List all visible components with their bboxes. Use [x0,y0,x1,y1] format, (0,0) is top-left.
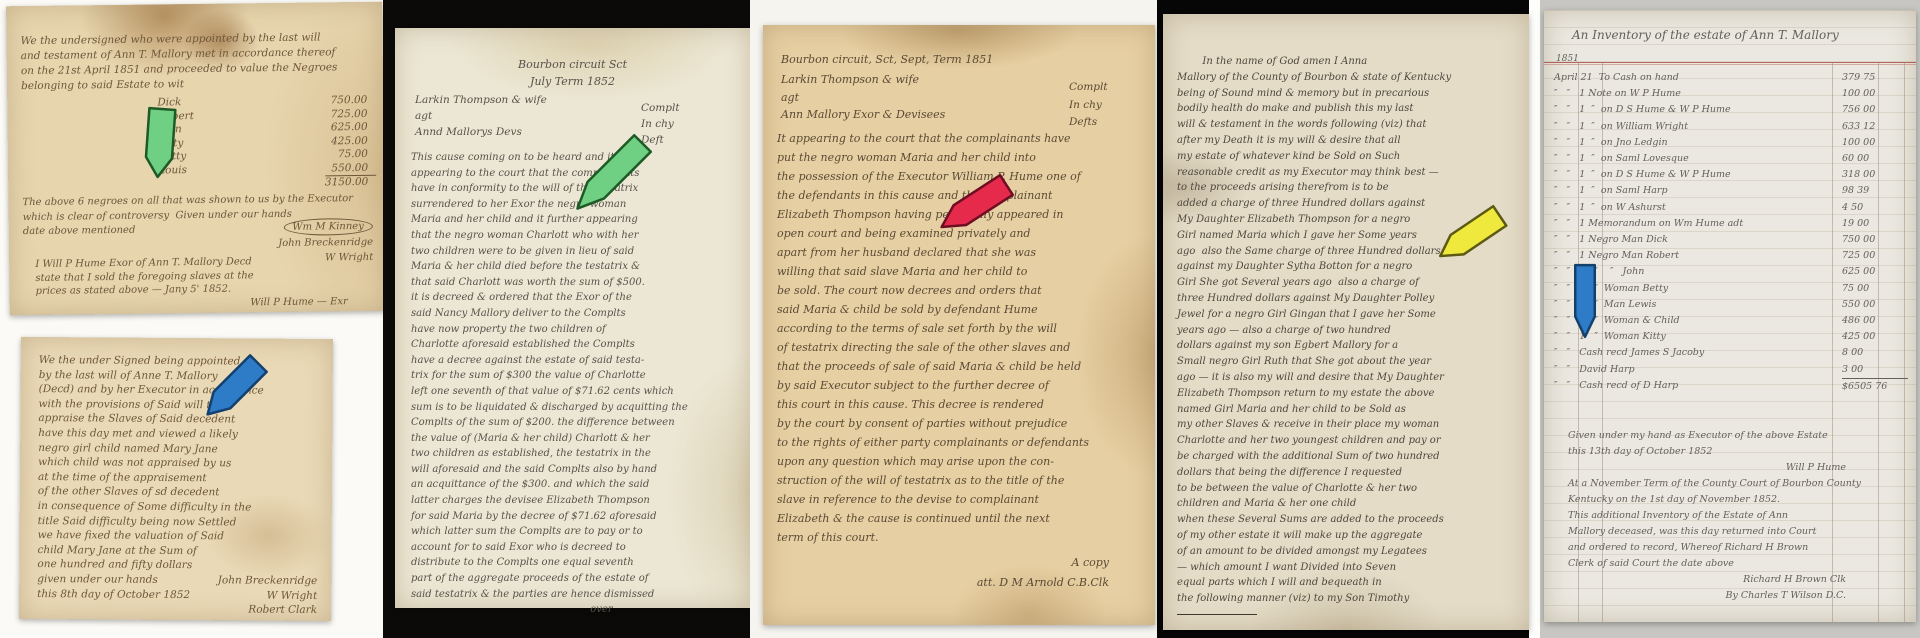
text-line: Small negro Girl Ruth that She got about… [1177,354,1519,370]
document-collage: We the undersigned who were appointed by… [0,0,1920,638]
text-line-right: Robert Clark [248,603,321,618]
text-line-right: 756 00 [1842,102,1908,118]
text-line-right [1846,428,1906,444]
text-line: date above mentioned [23,222,294,240]
text-line-right [347,267,377,281]
text-line-right [1846,508,1906,524]
text-line: ″ ″ 1 ″ Woman Kitty425 00 [1554,329,1908,345]
text-line: 3150.00 [8,175,376,194]
text-line-left: ″ ″ 1 ″ on D S Hume & W P Hume [1554,167,1731,183]
text-line: belonging to said Estate to wit [21,75,373,94]
text-line: sum is to be liquidated & discharged by … [411,400,742,416]
text-line: term of this court. [777,528,1147,547]
text-line: two children as established, the testatr… [411,446,742,462]
text-line-right: 725.00 [331,107,376,121]
text-line: Larkin Thompson & wife [415,92,547,108]
text-line: that said Charlott was worth the sum of … [411,275,742,291]
text-line: this court in this cause. This decree is… [777,395,1147,414]
text-line: upon any question which may arise upon t… [777,452,1147,471]
text-line: be sold. The court now decrees and order… [777,281,1147,300]
text-line-right: 98 39 [1842,183,1908,199]
text-line: according to the terms of sale set forth… [777,319,1147,338]
text-line: Clerk of said Court the date above [1568,556,1906,572]
text-line: Maria and her child and it further appea… [411,212,742,228]
arrow-shape [145,108,176,178]
text-line-right [1846,524,1906,540]
text-line-left: This additional Inventory of the Estate … [1568,508,1788,524]
text-line-right: 75 00 [1842,281,1908,297]
text-line-left: and ordered to record, Whereof Richard H… [1568,540,1808,556]
text-line: bodily health do make and publish this m… [1177,101,1519,117]
doc-d-will-text: In the name of God amen I AnnaMallory of… [1177,54,1519,623]
doc-a1-opening: We the undersigned who were appointed by… [20,30,373,94]
text-line: ″ ″ 1 Memorandum on Wm Hume adt19 00 [1554,216,1908,232]
text-line-right: W Wright [267,588,322,603]
doc-e-certification: Given under my hand as Executor of the a… [1568,428,1906,604]
text-line-left: ″ ″ Cash recd James S Jacoby [1554,345,1704,361]
text-line: agt [415,108,547,124]
marker-arrow-green-valuation-list [137,105,182,182]
text-line: apart from her husband declared that she… [777,243,1147,262]
doc-c-court-header: Bourbon circuit, Sct, Sept, Term 1851 [781,53,1145,66]
text-line: It appearing to the court that the compl… [777,129,1147,148]
doc-b-parties: Larkin Thompson & wifeagtAnnd Mallorys D… [415,92,547,140]
text-line-right: 4 50 [1842,200,1908,216]
text-line: years ago — also a charge of two hundred [1177,323,1519,339]
text-line-right: 625 00 [1842,264,1908,280]
photo-panel-1: We the undersigned who were appointed by… [0,0,383,638]
document-court-decree-july-1852: Bourbon circuit SctJuly Term 1852 Larkin… [395,28,750,608]
text-line: added a charge of three Hundred dollars … [1177,196,1519,212]
text-line-right: 750 00 [1842,232,1908,248]
doc-c-parties: Larkin Thompson & wifeagtAnn Mallory Exo… [781,71,945,124]
text-line: when these Several Sums are added to the… [1177,512,1519,528]
text-line-left: ″ ″ 1 ″ on Jno Ledgin [1554,135,1668,151]
doc-a2-text: We the under Signed being appointedby th… [37,353,323,618]
text-line-left: Mallory deceased, was this day returned … [1568,524,1816,540]
text-line: Larkin Thompson & wife [781,71,945,89]
text-line: and ordered to record, Whereof Richard H… [1568,540,1906,556]
text-line: ″ ″ Cash recd James S Jacoby8 00 [1554,345,1908,361]
text-line: In chy [641,116,680,132]
text-line-right [1846,492,1906,508]
text-line-right: 100 00 [1842,135,1908,151]
document-court-decree-sept-1851: Bourbon circuit, Sct, Sept, Term 1851 La… [763,25,1155,625]
text-line: which latter sum the Complts are to pay … [411,524,742,540]
text-line: an acquittance of the $300. and which th… [411,477,742,493]
text-line: account for to said Exor who is decreed … [411,540,742,556]
text-line: Elizabeth & the cause is continued until… [777,509,1147,528]
text-line: that the proceeds of sale of said Maria … [777,357,1147,376]
text-line: two children were to be given in lieu of… [411,244,742,260]
doc-e-inventory-rows: April 21 To Cash on hand379 75″ ″ 1 Note… [1554,70,1908,395]
text-line: Complt [641,100,680,116]
text-line: Robert Clark [37,601,321,618]
text-line: part of the aggregate proceeds of the es… [411,571,742,587]
text-line: ″ ″ 1 ″ Woman & Child486 00 [1554,313,1908,329]
text-line: This additional Inventory of the Estate … [1568,508,1906,524]
text-line: latter charges the devisee Elizabeth Tho… [411,493,742,509]
text-line: ″ ″ 1 ″ Man Lewis550 00 [1554,297,1908,313]
text-line: Annd Mallorys Devs [415,124,547,140]
text-line-left: Kentucky on the 1st day of November 1852… [1568,492,1780,508]
text-line-right: att. D M Arnold C.B.Clk [977,573,1109,593]
text-line: ″ ″ 1 ″ on Saml Lovesque60 00 [1554,151,1908,167]
text-line: ″ ″ Cash recd of D Harp$6505 76 [1554,378,1908,395]
text-line: Mallory of the County of Bourbon & state… [1177,70,1519,86]
text-line: att. D M Arnold C.B.Clk [977,573,1109,593]
text-line: dollars against my son Egbert Mallory fo… [1177,338,1519,354]
arrow-shape [1575,265,1595,337]
document-mary-jane-appraisal-1852: We the under Signed being appointedby th… [19,337,333,621]
text-line-right: Will P Hume — Exr [250,294,378,309]
text-line-right [1846,540,1906,556]
text-line-right: 318 00 [1842,167,1908,183]
text-line-right: Will P Hume [1786,460,1906,476]
text-line: At a November Term of the County Court o… [1568,476,1906,492]
doc-a1-executor-note: I Will P Hume Exor of Ann T. Mallory Dec… [35,254,378,312]
text-line: Wm M Kinney [283,218,373,236]
text-line-right [348,281,378,295]
text-line: for said Maria by the decree of $71.62 a… [411,509,742,525]
text-line-right: 3 00 [1842,362,1908,378]
text-line: said Nancy Mallory deliver to the Complt… [411,306,742,322]
text-line: by the court by consent of parties witho… [777,414,1147,433]
text-line-right: 486 00 [1842,313,1908,329]
doc-b-party-labels: CompltIn chyDeft [641,100,680,148]
text-line-left: this 8th day of October 1852 [37,587,190,603]
text-line: willing that said slave Maria and her ch… [777,262,1147,281]
text-line: Will P Hume [1568,460,1906,476]
document-slave-valuation-1851: We the undersigned who were appointed by… [6,2,386,316]
text-line: my other Slaves & receive in their place… [1177,417,1519,433]
text-line: against my Daughter Sytha Botton for a n… [1177,259,1519,275]
text-line-left: given under our hands [37,572,158,587]
text-line: left one seventh of that value of $71.62… [411,384,742,400]
text-line: to the proceeds arising therefrom is to … [1177,180,1519,196]
text-line: In chy [1069,97,1108,115]
text-line-right: 550 00 [1842,297,1908,313]
text-line: Girl She got Several years ago also a ch… [1177,275,1519,291]
text-line: have now property the two children of [411,322,742,338]
text-line: of my other estate it will make up the a… [1177,528,1519,544]
text-line: Charlotte and her two youngest children … [1177,433,1519,449]
text-line-left: ″ ″ Cash recd of D Harp [1554,378,1678,395]
text-line: Ann Mallory Exor & Devisees [781,106,945,124]
text-line-left: ″ ″ 1 Memorandum on Wm Hume adt [1554,216,1743,232]
text-line-right: John Breckenridge [218,573,322,588]
text-line: ″ ″ 1 ″ on W Ashurst4 50 [1554,200,1908,216]
text-line-left: ″ ″ David Harp [1554,362,1635,378]
text-line: of testatrix directing the sale of the o… [777,338,1147,357]
text-line: children and Maria & her one child [1177,496,1519,512]
photo-panel-4: In the name of God amen I AnnaMallory of… [1157,0,1529,638]
text-line: this 8th day of October 1852W Wright [37,587,321,604]
text-line: Mallory deceased, was this day returned … [1568,524,1906,540]
text-line: ″ ″ 1 Negro Man Robert725 00 [1554,248,1908,264]
text-line: agt [781,89,945,107]
text-line-right: 3150.00 [325,175,377,190]
text-line-right: 100 00 [1842,86,1908,102]
text-line-right: 8 00 [1842,345,1908,361]
text-line: This cause coming on to be heard and it [411,150,742,166]
text-line: be charged with the additional Sum of tw… [1177,449,1519,465]
text-line: Bourbon circuit Sct [395,56,750,73]
doc-a1-valuation-list: Dick750.00Robert725.00John625.00Kitty425… [7,94,376,194]
text-line: named Girl Maria and her child to be Sol… [1177,402,1519,418]
text-line-left: this 13th day of October 1852 [1568,444,1712,460]
doc-c-closing: A copyatt. D M Arnold C.B.Clk [977,553,1109,593]
text-line: ago — it is also my will and desire that… [1177,370,1519,386]
text-line: July Term 1852 [395,73,750,90]
text-line-right: 625.00 [331,121,376,135]
text-line-right [347,254,377,268]
text-line-right: 60 00 [1842,151,1908,167]
text-line: A copy [977,553,1109,573]
text-line-right: 75.00 [338,148,376,162]
text-line: struction of the will of testatrix as to… [777,471,1147,490]
text-line-left: April 21 To Cash on hand [1554,70,1679,86]
text-line: of an amount to be divided amongst my Le… [1177,544,1519,560]
text-line: ″ ″ David Harp3 00 [1554,362,1908,378]
text-line-left: Clerk of said Court the date above [1568,556,1734,572]
text-line-right: Richard H Brown Clk [1743,572,1906,588]
text-line: Jewel for a negro Girl Gingan that I gav… [1177,307,1519,323]
text-line: reasonable credit as my Executor may thi… [1177,165,1519,181]
text-line: the following manner (viz) to my Son Tim… [1177,591,1519,607]
text-line: the value of (Maria & her child) Charlot… [411,431,742,447]
text-line: ″ ″ 1 ″ Woman Betty75 00 [1554,281,1908,297]
marker-arrow-blue-inventory [1570,262,1600,340]
text-line: it is decreed & ordered that the Exor of… [411,290,742,306]
text-line: — which amount I want Divided into Seven [1177,560,1519,576]
text-line: ″ ″ 1 ″ on D S Hume & W P Hume756 00 [1554,102,1908,118]
text-line-right: A copy [1072,553,1109,573]
doc-b-decree-text: This cause coming on to be heard and ita… [411,150,742,602]
text-line: By Charles T Wilson D.C. [1568,588,1906,604]
doc-e-title: An Inventory of the estate of Ann T. Mal… [1572,28,1908,42]
text-line-right: $6505 76 [1842,378,1908,395]
text-line-right [1846,444,1906,460]
text-line: to be between the value of Charlotte & h… [1177,481,1519,497]
text-line: said testatrix & the parties are hence d… [411,587,742,603]
text-line: said Maria & child be sold by defendant … [777,300,1147,319]
text-line: April 21 To Cash on hand379 75 [1554,70,1908,86]
text-line: Given under my hand as Executor of the a… [1568,428,1906,444]
text-line-left: ″ ″ 1 ″ on William Wright [1554,119,1688,135]
text-line: after my Death it is my will & desire th… [1177,133,1519,149]
text-line-left: ″ ″ 1 ″ on W Ashurst [1554,200,1666,216]
text-line: ″ ″ 1 ″ on D S Hume & W P Hume318 00 [1554,167,1908,183]
text-line: Kentucky on the 1st day of November 1852… [1568,492,1906,508]
text-line: appearing to the court that the complain… [411,166,742,182]
text-line: In the name of God amen I Anna [1177,54,1519,70]
text-line: ″ ″ 1 ″ ″ John625 00 [1554,264,1908,280]
text-line: Maria & her child died before the testat… [411,259,742,275]
text-line: Elizabeth Thompson return to my estate t… [1177,386,1519,402]
title-rule [1544,62,1916,63]
text-line: ″ ″ 1 ″ on Jno Ledgin100 00 [1554,135,1908,151]
doc-b-over-note: over [590,604,612,615]
text-line: have a decree against the estate of said… [411,353,742,369]
text-line: being of Sound mind & memory but in prec… [1177,86,1519,102]
text-line: my estate of whatever kind be Sold on Su… [1177,149,1519,165]
text-line: distribute to the Complts one equal seve… [411,555,742,571]
text-line: ———————— [1177,607,1519,623]
text-line-right: 425 00 [1842,329,1908,345]
photo-panel-3: Bourbon circuit, Sct, Sept, Term 1851 La… [750,0,1157,638]
text-line: ″ ″ 1 Negro Man Dick750 00 [1554,232,1908,248]
text-line: put the negro woman Maria and her child … [777,148,1147,167]
doc-b-court-header: Bourbon circuit SctJuly Term 1852 [395,56,750,90]
text-line: three Hundred dollars against My Daughte… [1177,291,1519,307]
text-line: equal parts which I will and bequeath in [1177,575,1519,591]
text-line-left: ″ ″ 1 ″ on Saml Lovesque [1554,151,1689,167]
text-line-right: 750.00 [330,94,375,108]
text-line-left: prices as stated above — Jany 5' 1852. [36,283,232,299]
text-line-left [8,177,158,193]
text-line-right: 633 12 [1842,119,1908,135]
text-line-right: By Charles T Wilson D.C. [1725,588,1906,604]
text-line-right: 19 00 [1842,216,1908,232]
text-line: Complts of the sum of $200. the differen… [411,415,742,431]
text-line-left: ″ ″ 1 ″ on D S Hume & W P Hume [1554,102,1731,118]
text-line-left: ″ ″ 1 Negro Man Dick [1554,232,1668,248]
text-line: dollars that being the difference I requ… [1177,465,1519,481]
text-line: trix for the sum of $300 the value of Ch… [411,368,742,384]
text-line: to the rights of either party complainan… [777,433,1147,452]
text-line: ″ ″ 1 ″ on Saml Harp98 39 [1554,183,1908,199]
text-line: Charlotte aforesaid established the Comp… [411,337,742,353]
text-line: Complt [1069,79,1108,97]
text-line-left: At a November Term of the County Court o… [1568,476,1861,492]
text-line-right [1846,556,1906,572]
text-line-left: ″ ″ 1 ″ on Saml Harp [1554,183,1668,199]
doc-c-party-labels: CompltIn chyDefts [1069,79,1108,132]
text-line: will & testament in the words following … [1177,117,1519,133]
text-line: the possession of the Executor William P… [777,167,1147,186]
text-line-left: Given under my hand as Executor of the a… [1568,428,1828,444]
text-line-left: ″ ″ 1 Note on W P Hume [1554,86,1681,102]
document-will-anna-mallory: In the name of God amen I AnnaMallory of… [1163,14,1529,630]
text-line-right: 725 00 [1842,248,1908,264]
text-line: this 13th day of October 1852 [1568,444,1906,460]
text-line-right: 379 75 [1842,70,1908,86]
text-line-right: 550.00 [331,161,376,175]
text-line: will aforesaid and the said Complts also… [411,462,742,478]
text-line: by said Executor subject to the further … [777,376,1147,395]
text-line-right [1861,476,1920,492]
text-line-right: 425.00 [331,134,376,148]
text-line: John Breckenridge [278,235,373,251]
photo-panel-2: Bourbon circuit SctJuly Term 1852 Larkin… [383,0,750,638]
text-line: Richard H Brown Clk [1568,572,1906,588]
text-line: that the negro woman Charlott who with h… [411,228,742,244]
doc-a1-attestation: The above 6 negroes on all that was show… [22,193,293,240]
text-line: ″ ″ 1 ″ on William Wright633 12 [1554,119,1908,135]
text-line: slave in reference to the devise to comp… [777,490,1147,509]
text-line: ″ ″ 1 Note on W P Hume100 00 [1554,86,1908,102]
